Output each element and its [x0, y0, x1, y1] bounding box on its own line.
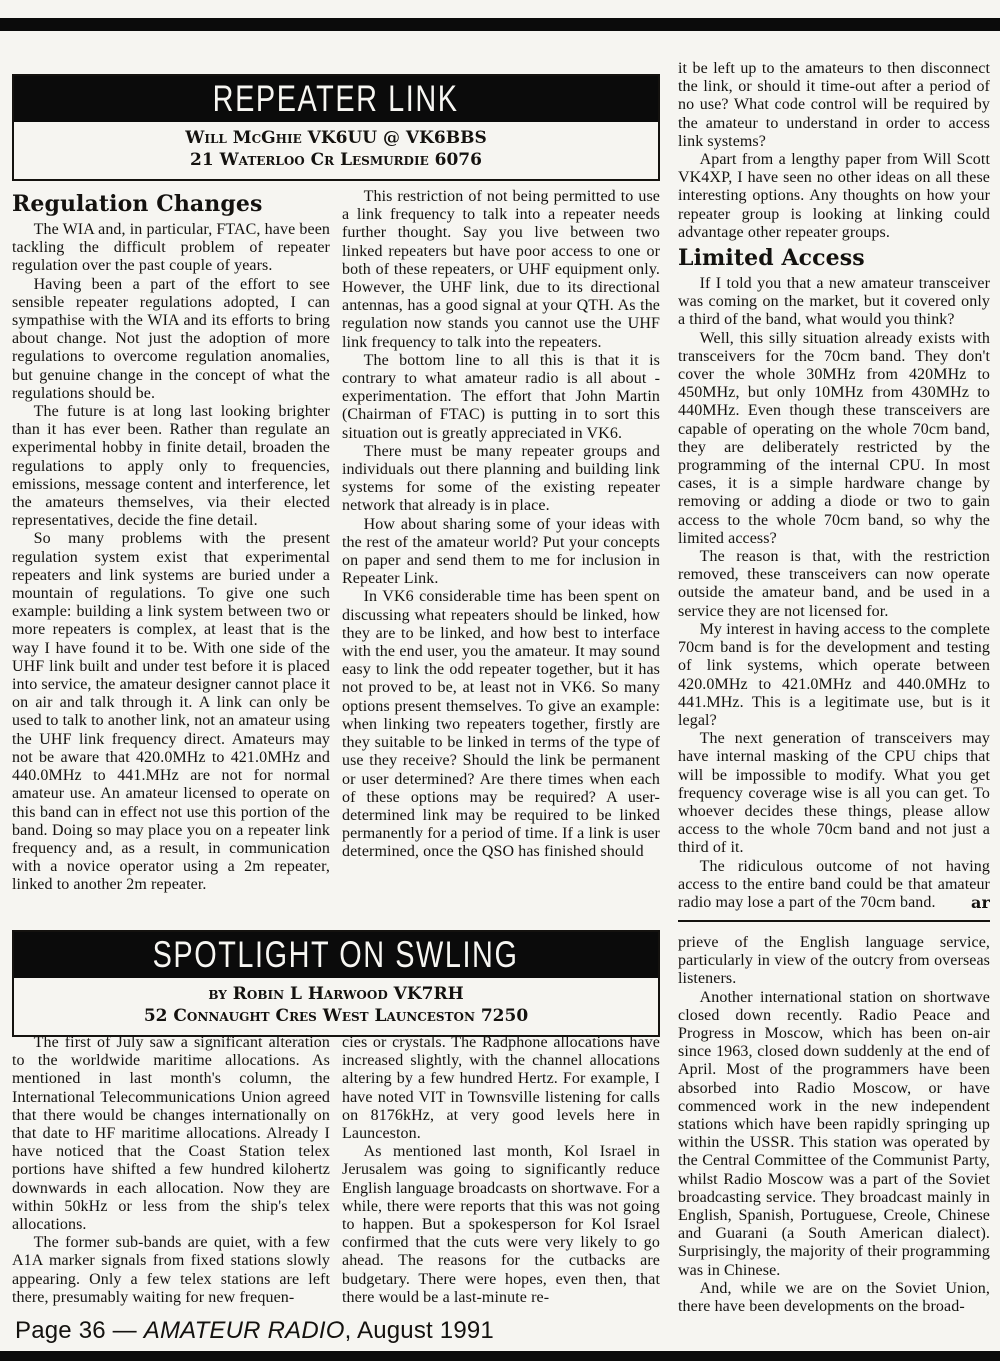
repeater-link-title-bar: REPEATER LINK	[14, 76, 658, 122]
paragraph: The reason is that, with the restriction…	[678, 548, 990, 621]
article-end-mark: ar	[949, 894, 990, 912]
top-rule-bar	[0, 18, 1000, 31]
swling-byline: by Robin L Harwood VK7RH 52 Connaught Cr…	[14, 978, 658, 1035]
paragraph: So many problems with the present regula…	[12, 530, 330, 894]
section-heading: Limited Access	[678, 245, 990, 271]
paragraph: If I told you that a new amateur transce…	[678, 275, 990, 330]
paragraph: The ridiculous outcome of not having acc…	[678, 858, 990, 913]
article-separator-rule-right	[678, 920, 990, 922]
repeater-link-byline: Will McGhie VK6UU @ VK6BBS 21 Waterloo C…	[14, 122, 658, 179]
paragraph: Another international station on shortwa…	[678, 989, 990, 1280]
bottom-rule-bar	[0, 1351, 1000, 1361]
paragraph: The future is at long last looking brigh…	[12, 403, 330, 530]
paragraph: prieve of the English language service, …	[678, 934, 990, 989]
swling-header: SPOTLIGHT ON SWLING by Robin L Harwood V…	[12, 930, 660, 1037]
paragraph: There must be many repeater groups and i…	[342, 443, 660, 516]
swling-column-1: The first of July saw a significant alte…	[12, 1034, 330, 1322]
byline-address: 52 Connaught Cres West Launceston 7250	[22, 1005, 650, 1027]
paragraph: My interest in having access to the comp…	[678, 621, 990, 730]
swling-column-2: cies or crystals. The Radphone allocatio…	[342, 1034, 660, 1322]
paragraph: Well, this silly situation already exist…	[678, 330, 990, 548]
footer-page-label: Page 36 —	[15, 1317, 144, 1344]
paragraph: This restriction of not being permitted …	[342, 188, 660, 352]
paragraph: The former sub-bands are quiet, with a f…	[12, 1234, 330, 1307]
paragraph: it be left up to the amateurs to then di…	[678, 60, 990, 151]
paragraph: As mentioned last month, Kol Israel in J…	[342, 1143, 660, 1307]
byline-address: 21 Waterloo Cr Lesmurdie 6076	[22, 149, 650, 171]
paragraph: The bottom line to all this is that it i…	[342, 352, 660, 443]
paragraph: How about sharing some of your ideas wit…	[342, 516, 660, 589]
magazine-page: REPEATER LINK Will McGhie VK6UU @ VK6BBS…	[0, 0, 1000, 1361]
swling-column-3: prieve of the English language service, …	[678, 934, 990, 1316]
repeater-link-header: REPEATER LINK Will McGhie VK6UU @ VK6BBS…	[12, 74, 660, 181]
footer-magazine-title: AMATEUR RADIO	[144, 1317, 345, 1344]
byline-author: by Robin L Harwood VK7RH	[22, 983, 650, 1005]
swling-title-bar: SPOTLIGHT ON SWLING	[14, 932, 658, 978]
repeater-link-column-1: Regulation ChangesThe WIA and, in partic…	[12, 188, 330, 918]
paragraph: The first of July saw a significant alte…	[12, 1034, 330, 1234]
paragraph: The WIA and, in particular, FTAC, have b…	[12, 221, 330, 276]
page-footer: Page 36 — AMATEUR RADIO, August 1991	[15, 1317, 494, 1345]
article-title: REPEATER LINK	[213, 76, 459, 122]
paragraph: The next generation of transceivers may …	[678, 730, 990, 857]
paragraph: Having been a part of the effort to see …	[12, 276, 330, 403]
article-title: SPOTLIGHT ON SWLING	[153, 932, 519, 978]
byline-author: Will McGhie VK6UU @ VK6BBS	[22, 127, 650, 149]
footer-issue-date: , August 1991	[345, 1317, 494, 1344]
repeater-link-column-3: it be left up to the amateurs to then di…	[678, 60, 990, 916]
paragraph: cies or crystals. The Radphone allocatio…	[342, 1034, 660, 1143]
section-heading: Regulation Changes	[12, 191, 330, 217]
paragraph: Apart from a lengthy paper from Will Sco…	[678, 151, 990, 242]
repeater-link-column-2: This restriction of not being permitted …	[342, 188, 660, 918]
paragraph: And, while we are on the Soviet Union, t…	[678, 1280, 990, 1316]
paragraph: In VK6 considerable time has been spent …	[342, 588, 660, 861]
